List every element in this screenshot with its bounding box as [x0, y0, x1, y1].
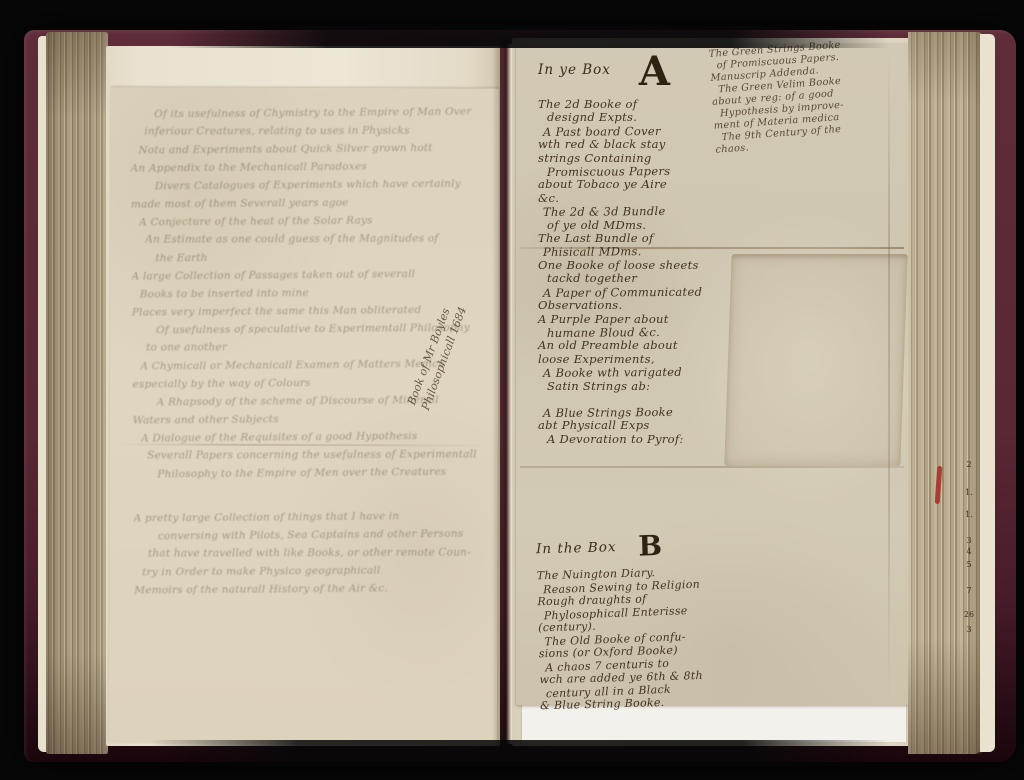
manuscript-line: inferiour Creatures, relating to uses in…: [144, 121, 482, 140]
box-b-letter: B: [638, 532, 663, 561]
fore-edge-number: 3: [956, 536, 982, 546]
manuscript-line: abt Physicall Exps: [538, 419, 778, 432]
manuscript-line: One Booke of loose sheets: [538, 259, 778, 272]
box-b-header-row: In the Box B: [536, 529, 787, 568]
manuscript-line: Satin Strings ab:: [547, 380, 778, 393]
fore-edge-number: 5: [956, 560, 982, 570]
manuscript-line: An Estimate as one could guess of the Ma…: [145, 229, 483, 248]
left-page: Of its usefulness of Chymistry to the Em…: [106, 46, 500, 746]
fore-edge-number: 26: [956, 610, 982, 620]
right-manuscript-leaf: In ye Box A The 2d Booke ofdesignd Expts…: [516, 44, 908, 705]
fore-edge-numbers: 21.1.3457263: [956, 460, 982, 635]
bottom-shadow: [150, 740, 890, 766]
manuscript-line: Memoirs of the naturall History of the A…: [134, 578, 486, 599]
fore-edge-number: 7: [956, 586, 982, 596]
manuscript-line: Severall Papers concerning the usefulnes…: [147, 445, 485, 464]
photograph-background: Of its usefulness of Chymistry to the Em…: [0, 0, 1024, 780]
box-b-header: In the Box: [536, 541, 617, 556]
manuscript-line: A Conjecture of the heat of the Solar Ra…: [139, 210, 483, 231]
box-a-header: In ye Box: [538, 64, 611, 77]
fore-edge-number: 4: [956, 547, 982, 557]
manuscript-line: [538, 393, 778, 406]
left-page-edges-stack: [46, 32, 108, 754]
manuscript-line: of ye old MDms.: [547, 219, 778, 232]
fold-crease-lower: [520, 466, 904, 468]
fore-edge-number: 1.: [956, 510, 982, 520]
right-endpaper-edge: [980, 34, 995, 752]
manuscript-line: about Tobaco ye Aire: [538, 178, 778, 191]
manuscript-line: A Devoration to Pyrof:: [547, 433, 778, 446]
fore-edge-number: 2: [956, 460, 982, 470]
left-manuscript-leaf: Of its usefulness of Chymistry to the Em…: [109, 87, 499, 744]
box-b-section: In the Box B The Nuington Diary.Reason S…: [536, 529, 791, 712]
manuscript-line: conversing with Pilots, Sea Captains and…: [158, 524, 486, 545]
manuscript-line: Of its usefulness of Chymistry to the Em…: [154, 102, 482, 123]
corner-annotation: The Green Strings Bookeof Promiscuous Pa…: [708, 35, 911, 156]
fore-edge-number: 1.: [956, 488, 982, 498]
manuscript-line: tackd together: [547, 272, 778, 285]
top-shadow: [170, 26, 890, 48]
right-page-edges-stack: [908, 32, 982, 754]
box-b-lines: The Nuington Diary.Reason Sewing to Reli…: [537, 563, 791, 712]
box-a-letter: A: [639, 52, 670, 92]
fore-edge-number: 3: [956, 625, 982, 635]
manuscript-line: A Purple Paper about: [538, 313, 778, 326]
manuscript-line: that have travelled with like Books, or …: [148, 543, 486, 562]
manuscript-line: An old Preamble about: [538, 339, 778, 352]
manuscript-line: Observations.: [538, 299, 778, 312]
